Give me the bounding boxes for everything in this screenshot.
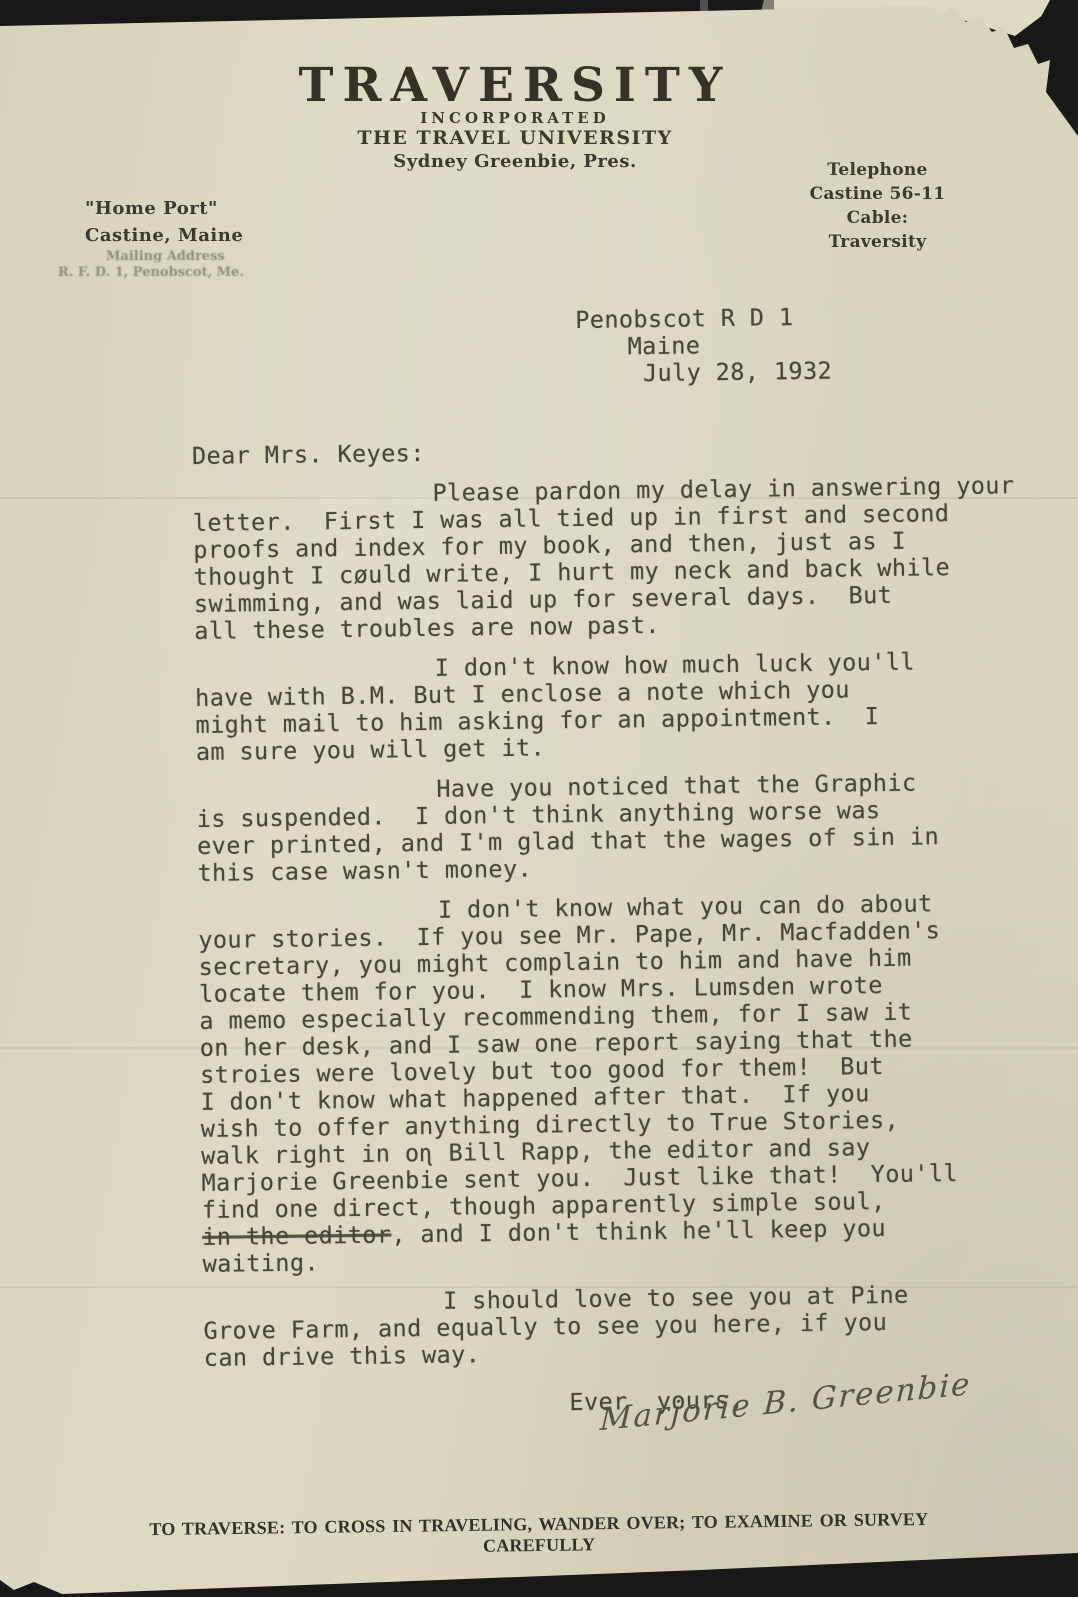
salutation: Dear Mrs. Keyes:: [192, 432, 1007, 470]
mailing-address-stamp: Mailing Address R. F. D. 1, Penobscot, M…: [58, 249, 244, 281]
home-port-town: Castine, Maine: [85, 222, 243, 249]
dateline-date: July 28, 1932: [643, 355, 1006, 387]
paragraph: Please pardon my delay in answering your…: [192, 472, 1009, 645]
incorporated-label: INCORPORATED: [165, 109, 865, 127]
paragraph: Have you noticed that the Graphicis susp…: [196, 768, 1012, 887]
telephone-label: Telephone: [795, 158, 960, 182]
paragraph: I should love to see you at PineGrove Fa…: [203, 1280, 1019, 1372]
paragraph: I don't know what you can do aboutyour s…: [198, 889, 1018, 1278]
cable-address: Cable: Traversity: [795, 206, 960, 254]
scanned-letter: TRAVERSITY INCORPORATED THE TRAVEL UNIVE…: [0, 0, 1078, 1597]
home-port-line: "Home Port": [85, 195, 243, 222]
mailing-address-label: Mailing Address: [106, 249, 244, 265]
mailing-address-value: R. F. D. 1, Penobscot, Me.: [58, 265, 244, 281]
struck-out-text: in the editor: [202, 1220, 391, 1250]
telephone-number: Castine 56-11: [795, 182, 960, 206]
travel-university-label: THE TRAVEL UNIVERSITY: [165, 127, 865, 149]
president-name: Sydney Greenbie, Pres.: [165, 151, 865, 172]
typewritten-content: Penobscot R D 1 Maine July 28, 1932 Dear…: [190, 291, 1020, 1421]
home-port-address: "Home Port" Castine, Maine: [85, 195, 243, 249]
dateline: Penobscot R D 1 Maine July 28, 1932: [190, 291, 1006, 393]
company-name: TRAVERSITY: [165, 58, 865, 113]
paragraph: I don't know how much luck you'llhave wi…: [195, 647, 1011, 766]
letter-paragraphs: Please pardon my delay in answering your…: [192, 472, 1019, 1372]
telephone-block: Telephone Castine 56-11 Cable: Traversit…: [795, 158, 960, 254]
